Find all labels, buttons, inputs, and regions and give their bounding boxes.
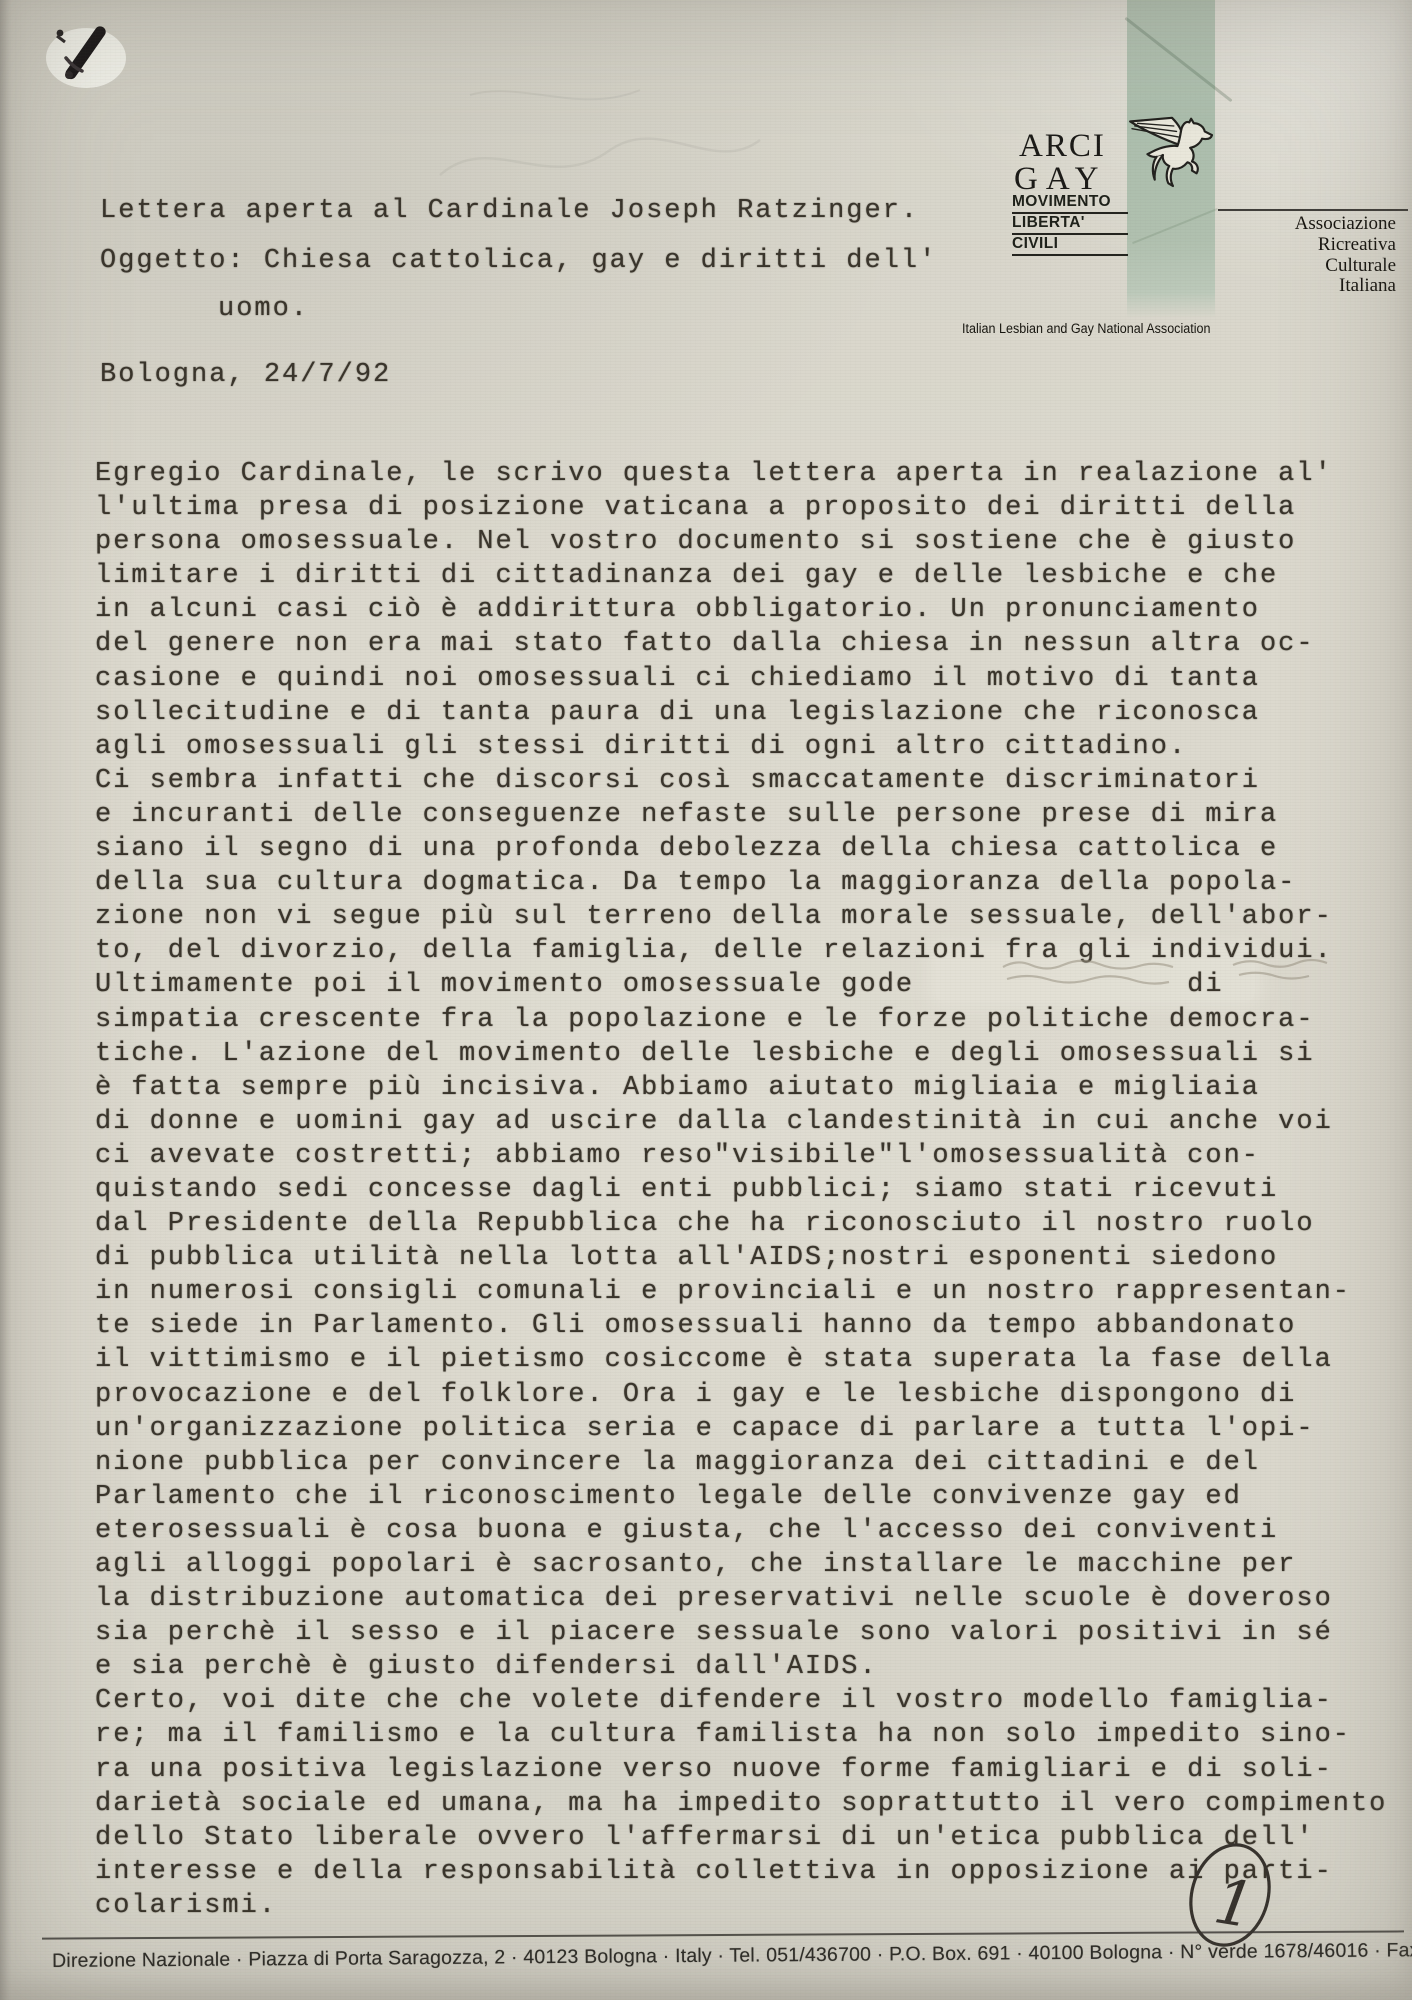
letter-line: agli omosessuali gli stessi diritti di o… (95, 730, 1387, 764)
staple-mark (30, 6, 140, 116)
letter-line: casione e quindi noi omosessuali ci chie… (95, 662, 1387, 696)
letter-line: persona omosessuale. Nel vostro document… (95, 525, 1387, 559)
letter-line: e sia perchè è giusto difendersi dall'AI… (95, 1650, 1387, 1684)
letterhead-rule (1218, 209, 1408, 211)
letter-line: zione non vi segue più sul terreno della… (95, 900, 1387, 934)
letter-line: di donne e uomini gay ad uscire dalla cl… (95, 1105, 1387, 1139)
association-line: Culturale (1230, 256, 1396, 277)
letter-line: è fatta sempre più incisiva. Abbiamo aiu… (95, 1071, 1387, 1105)
letter-dateline: Bologna, 24/7/92 (100, 360, 391, 390)
logo-subline-label: LIBERTA' (1012, 214, 1085, 231)
letter-line: in alcuni casi ciò è addirittura obbliga… (95, 593, 1387, 627)
letter-line: un'organizzazione politica seria e capac… (95, 1412, 1387, 1446)
letter-line: sollecitudine e di tanta paura di una le… (95, 696, 1387, 730)
letter-line: tiche. L'azione del movimento delle lesb… (95, 1037, 1387, 1071)
erasure-squiggle (995, 945, 1375, 1000)
letter-line: Ci sembra infatti che discorsi così smac… (95, 764, 1387, 798)
pencil-scribble (430, 55, 770, 205)
letter-line: e incuranti delle conseguenze nefaste su… (95, 798, 1387, 832)
letter-line: limitare i diritti di cittadinanza dei g… (95, 559, 1387, 593)
association-line: Ricreativa (1230, 235, 1396, 256)
pegasus-icon (1126, 116, 1218, 196)
association-line: Italiana (1230, 276, 1396, 297)
logo-wordmark-arci: ARCI (1019, 130, 1106, 163)
letter-line: provocazione e del folklore. Ora i gay e… (95, 1378, 1387, 1412)
letter-line: eterosessuali è cosa buona e giusta, che… (95, 1514, 1387, 1548)
letter-line: sia perchè il sesso e il piacere sessual… (95, 1616, 1387, 1650)
letterhead-tagline: Italian Lesbian and Gay National Associa… (962, 321, 1210, 336)
letter-line: il vittimismo e il pietismo cosiccome è … (95, 1343, 1387, 1377)
paper-crease (1132, 208, 1218, 244)
letter-line: siano il segno di una profonda debolezza… (95, 832, 1387, 866)
letter-subject-continuation: uomo. (218, 294, 309, 324)
letter-line: l'ultima presa di posizione vaticana a p… (95, 491, 1387, 525)
letter-line: la distribuzione automatica dei preserva… (95, 1582, 1387, 1616)
letter-line: Certo, voi dite che che volete difendere… (95, 1684, 1387, 1718)
letter-line: di pubblica utilità nella lotta all'AIDS… (95, 1241, 1387, 1275)
letter-line: ra una positiva legislazione verso nuove… (95, 1753, 1387, 1787)
letter-line: te siede in Parlamento. Gli omosessuali … (95, 1309, 1387, 1343)
letter-line: ci avevate costretti; abbiamo reso"visib… (95, 1139, 1387, 1173)
association-name: Associazione Ricreativa Culturale Italia… (1230, 214, 1396, 297)
letter-line: in numerosi consigli comunali e provinci… (95, 1275, 1387, 1309)
letter-line: della sua cultura dogmatica. Da tempo la… (95, 866, 1387, 900)
logo-subline-label: CIVILI (1012, 235, 1058, 252)
letter-subject: Oggetto: Chiesa cattolica, gay e diritti… (100, 246, 937, 276)
letter-line: del genere non era mai stato fatto dalla… (95, 627, 1387, 661)
logo-subline-liberta: LIBERTA' (1012, 214, 1128, 235)
letter-line: agli alloggi popolari è sacrosanto, che … (95, 1548, 1387, 1582)
letter-line: Egregio Cardinale, le scrivo questa lett… (95, 457, 1387, 491)
letter-line: darietà sociale ed umana, ma ha impedito… (95, 1787, 1387, 1821)
letter-line: nione pubblica per convincere la maggior… (95, 1446, 1387, 1480)
association-line: Associazione (1230, 214, 1396, 235)
logo-subline-civili: CIVILI (1012, 235, 1128, 256)
letter-line: quistando sedi concesse dagli enti pubbl… (95, 1173, 1387, 1207)
letter-line: simpatia crescente fra la popolazione e … (95, 1003, 1387, 1037)
logo-subline-movimento: MOVIMENTO (1012, 193, 1128, 214)
scan-edge-shadow (0, 0, 11, 2000)
logo-wordmark-gay: GAY (1014, 163, 1106, 196)
letter-title: Lettera aperta al Cardinale Joseph Ratzi… (100, 196, 919, 226)
page-number-circle: 1 (1168, 1838, 1298, 1958)
letter-line: re; ma il familismo e la cultura familis… (95, 1718, 1387, 1752)
letter-line: dal Presidente della Repubblica che ha r… (95, 1207, 1387, 1241)
paper-crease (1124, 17, 1232, 102)
letter-body: Egregio Cardinale, le scrivo questa lett… (95, 457, 1387, 1923)
logo-subline-label: MOVIMENTO (1012, 193, 1111, 210)
letter-line: Parlamento che il riconoscimento legale … (95, 1480, 1387, 1514)
scanned-letter-page: ARCI GAY MOVIMENTO LIBERTA' CIVILI Assoc… (0, 0, 1412, 2000)
